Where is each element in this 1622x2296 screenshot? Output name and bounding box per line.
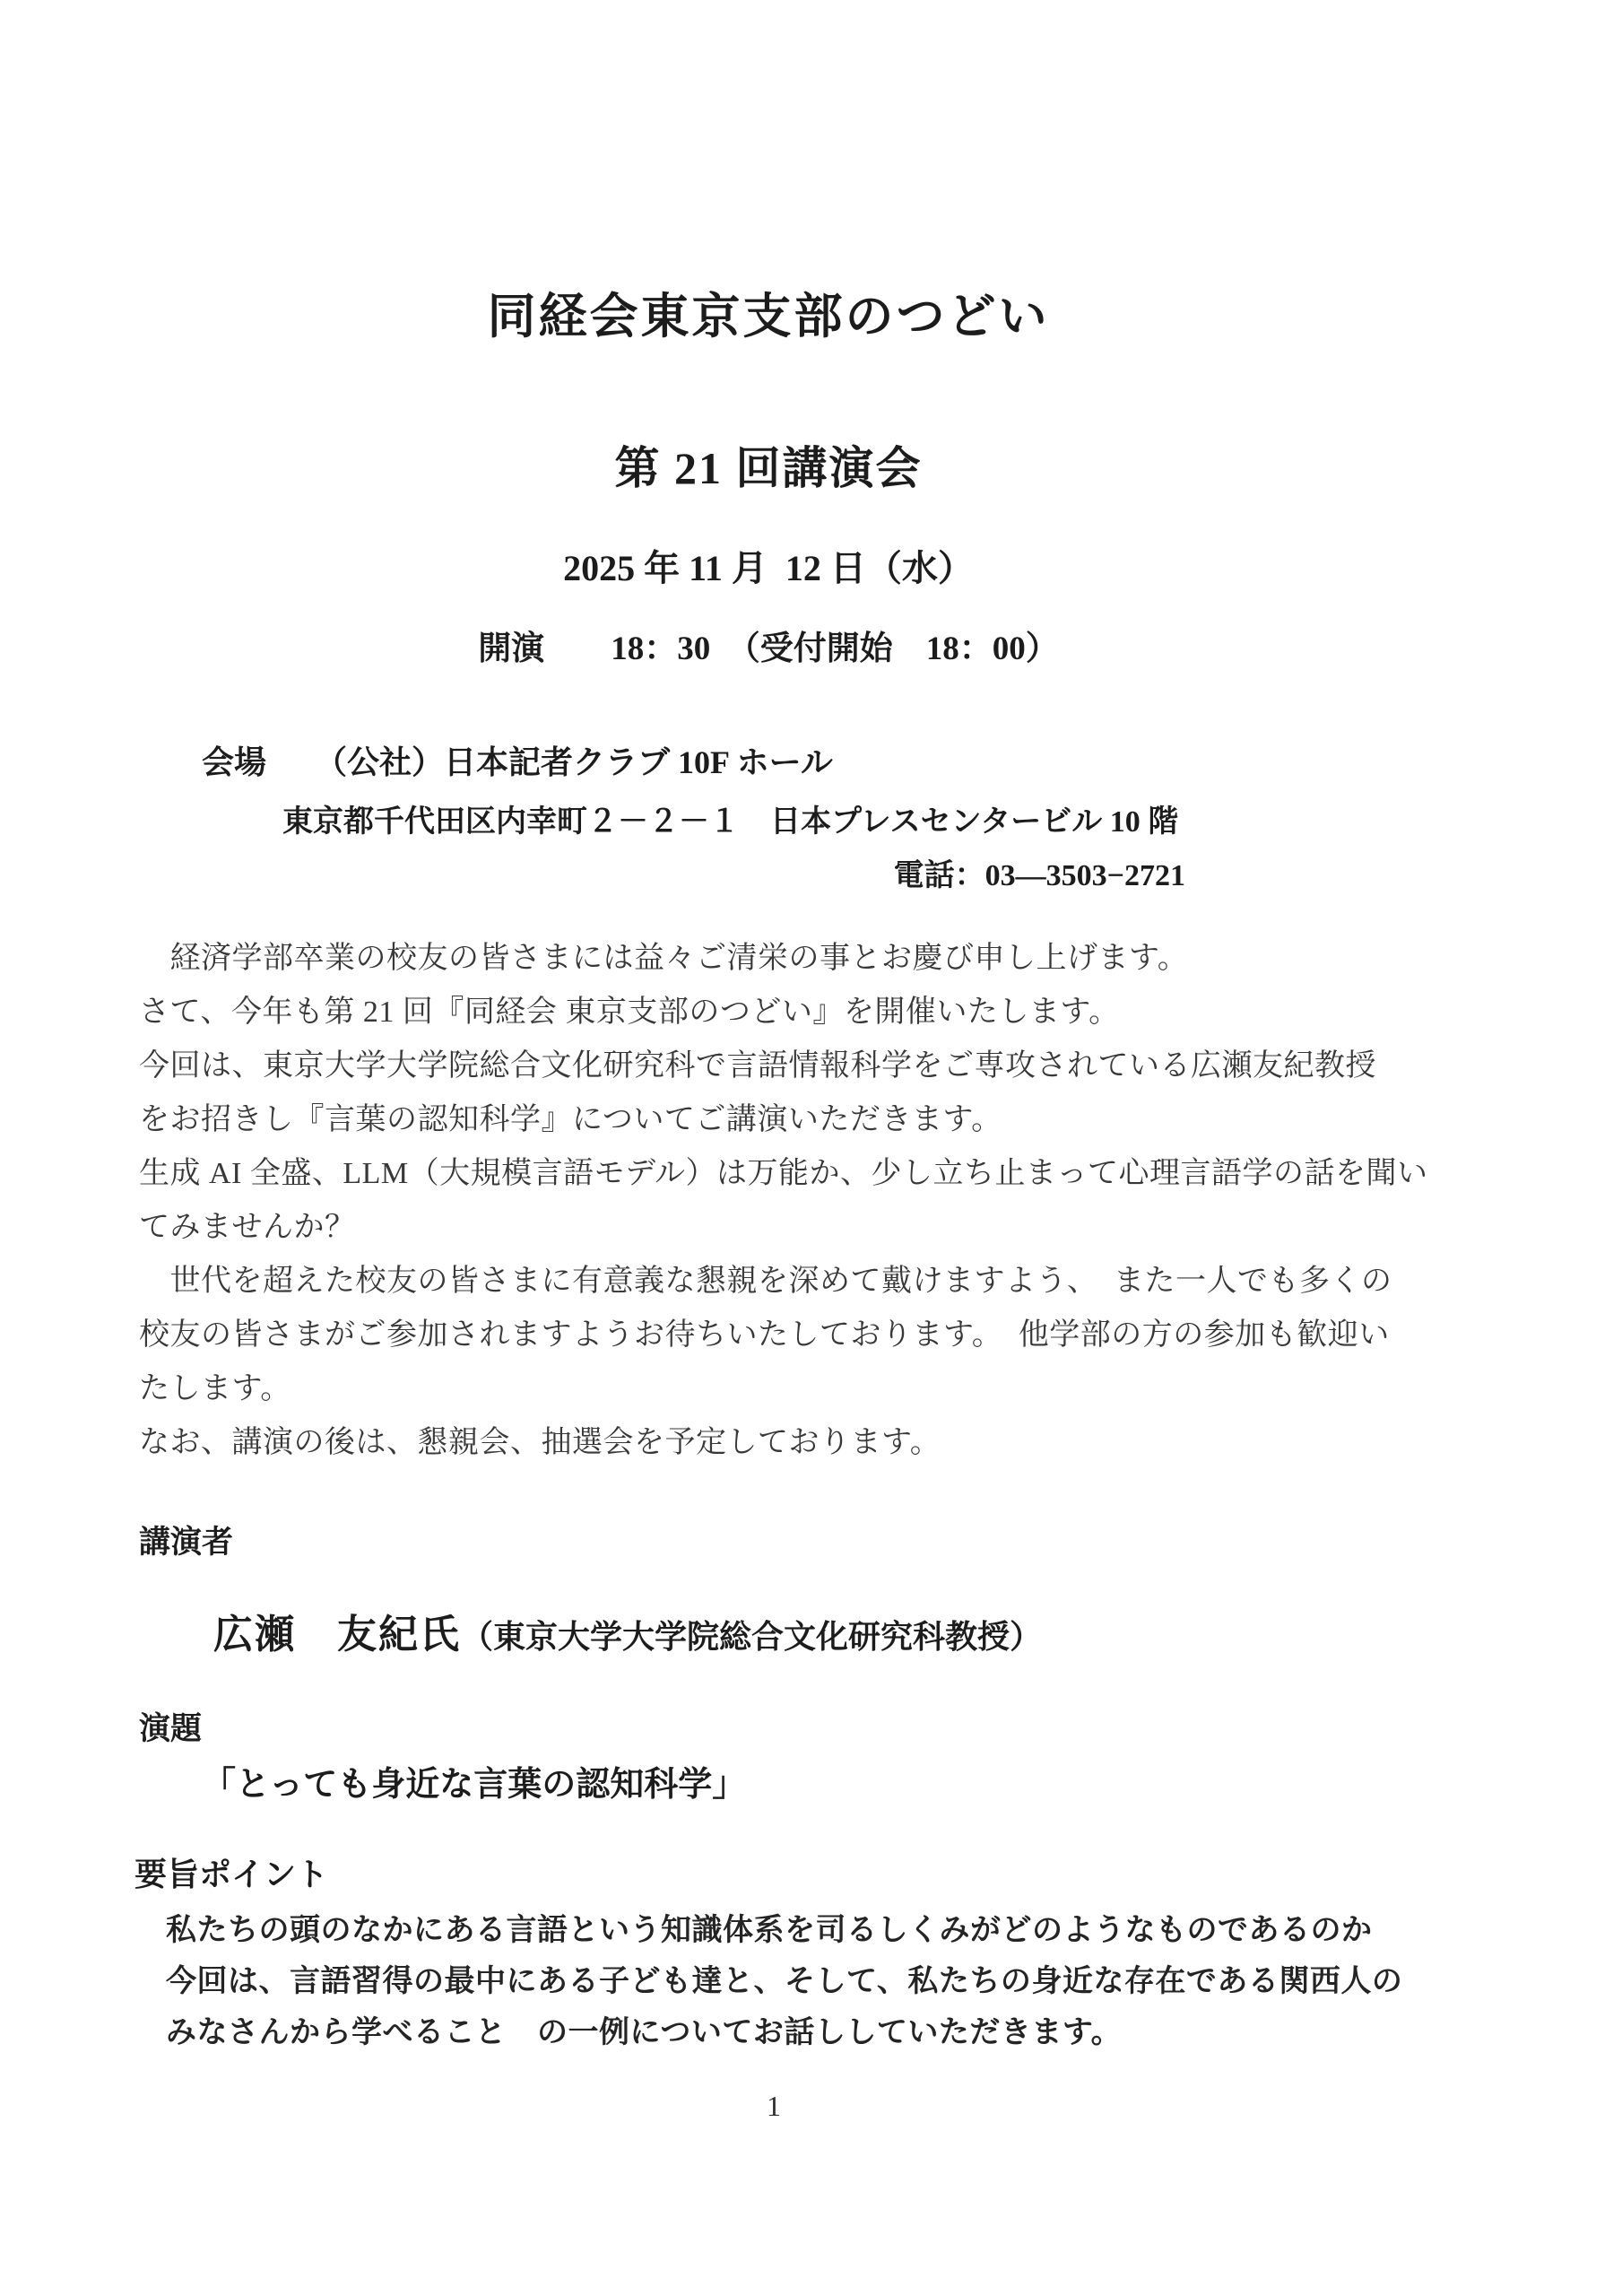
body-line: 世代を超えた校友の皆さまに有意義な懇親を深めて戴けますよう、 また一人でも多くの	[139, 1256, 1392, 1300]
page-number: 1	[0, 2090, 1548, 2123]
event-date: 2025 年 11 月 12 日（水）	[0, 540, 1537, 591]
body-line: 校友の皆さまがご参加されますようお待ちいたしております。 他学部の方の参加も歓迎…	[139, 1309, 1390, 1353]
venue-phone: 電話：03—3503−2721	[0, 850, 1185, 894]
body-line: てみませんか？	[139, 1202, 356, 1246]
summary-line: 私たちの頭のなかにある言語という知識体系を司るしくみがどのようなものであるのか	[166, 1905, 1373, 1949]
lecture-number-heading: 第 21 回講演会	[0, 432, 1537, 497]
topic-title: 「とっても身近な言葉の認知科学」	[202, 1756, 746, 1805]
topic-section-header: 演題	[139, 1704, 202, 1749]
speaker-affiliation: （東京大学大学院総合文化研究科教授）	[461, 1619, 1042, 1655]
body-line: をお招きし『言葉の認知科学』についてご講演いただきます。	[139, 1094, 1002, 1138]
speaker-name: 広瀬 友紀氏	[213, 1613, 461, 1657]
summary-line: みなさんから学べること の一例についてお話ししていただきます。	[166, 2007, 1122, 2051]
speaker-line: 広瀬 友紀氏（東京大学大学院総合文化研究科教授）	[206, 1586, 1042, 1659]
body-line: なお、講演の後は、懇親会、抽選会を予定しております。	[139, 1417, 941, 1461]
summary-line: 今回は、言語習得の最中にある子ども達と、そして、私たちの身近な存在である関西人の	[166, 1956, 1402, 2000]
document-page: { "document": { "title": "同経会東京支部のつどい", …	[0, 0, 1622, 2296]
body-line: たします。	[139, 1363, 291, 1407]
body-line: 経済学部卒業の校友の皆さまには益々ご清栄の事とお慶び申し上げます。	[139, 933, 1188, 977]
body-line: 生成 AI 全盛、LLM（大規模言語モデル）は万能か、少し立ち止まって心理言語学…	[139, 1148, 1427, 1192]
summary-section-header: 要旨ポイント	[134, 1849, 328, 1895]
speaker-section-header: 講演者	[139, 1518, 233, 1562]
venue-line: 会場 （公社）日本記者クラブ 10F ホール	[202, 737, 833, 783]
venue-address: 東京都千代田区内幸町２－２－１ 日本プレスセンタービル 10 階	[282, 796, 1178, 840]
event-time: 開演 18：30 （受付開始 18：00）	[0, 621, 1537, 669]
body-line: 今回は、東京大学大学院総合文化研究科で言語情報科学をご専攻されている広瀬友紀教授	[139, 1040, 1376, 1084]
page-title: 同経会東京支部のつどい	[0, 278, 1537, 347]
body-line: さて、今年も第 21 回『同経会 東京支部のつどい』を開催いたします。	[139, 987, 1120, 1031]
